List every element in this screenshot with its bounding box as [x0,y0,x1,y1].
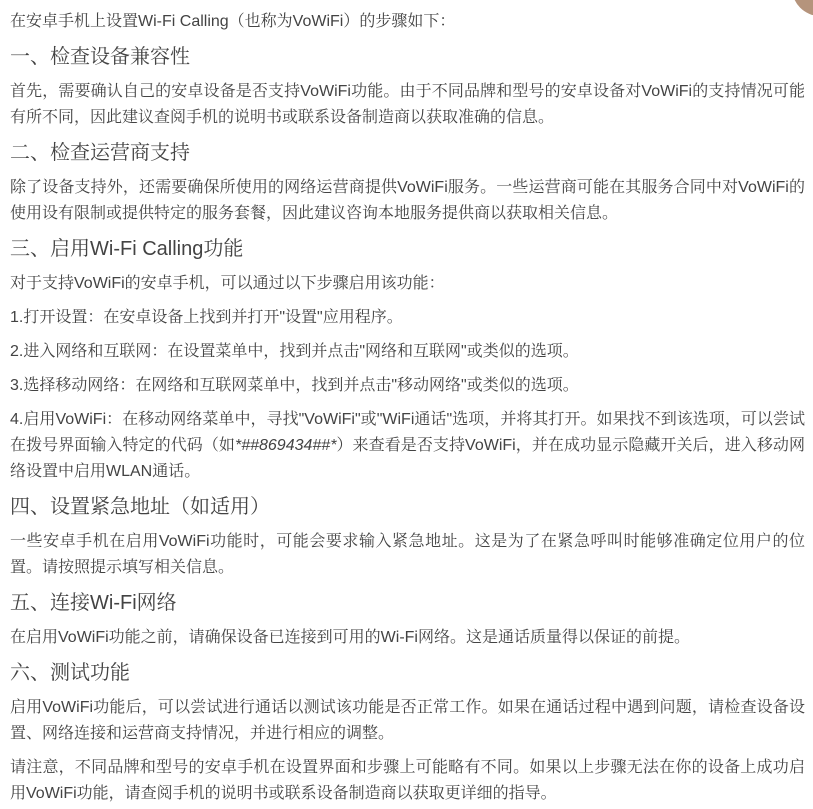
section-5-heading: 五、连接Wi-Fi网络 [10,589,805,617]
section-2-heading: 二、检查运营商支持 [10,139,805,167]
dial-code: *##869434##* [235,437,336,454]
step-1-open-settings: 1.打开设置：在安卓设备上找到并打开"设置"应用程序。 [10,305,805,331]
section-4-paragraph: 一些安卓手机在启用VoWiFi功能时，可能会要求输入紧急地址。这是为了在紧急呼叫… [10,529,805,581]
section-4-heading: 四、设置紧急地址（如适用） [10,493,805,521]
section-6-heading: 六、测试功能 [10,659,805,687]
section-5-paragraph: 在启用VoWiFi功能之前，请确保设备已连接到可用的Wi-Fi网络。这是通话质量… [10,625,805,651]
closing-note-paragraph: 请注意，不同品牌和型号的安卓手机在设置界面和步骤上可能略有不同。如果以上步骤无法… [10,755,805,807]
step-4-enable-vowifi: 4.启用VoWiFi：在移动网络菜单中，寻找"VoWiFi"或"WiFi通话"选… [10,407,805,485]
step-3-mobile-network: 3.选择移动网络：在网络和互联网菜单中，找到并点击"移动网络"或类似的选项。 [10,373,805,399]
intro-paragraph: 在安卓手机上设置Wi-Fi Calling（也称为VoWiFi）的步骤如下： [10,9,805,35]
section-6-paragraph: 启用VoWiFi功能后，可以尝试进行通话以测试该功能是否正常工作。如果在通话过程… [10,695,805,747]
section-3-intro-paragraph: 对于支持VoWiFi的安卓手机，可以通过以下步骤启用该功能： [10,271,805,297]
section-1-paragraph: 首先，需要确认自己的安卓设备是否支持VoWiFi功能。由于不同品牌和型号的安卓设… [10,79,805,131]
section-2-paragraph: 除了设备支持外，还需要确保所使用的网络运营商提供VoWiFi服务。一些运营商可能… [10,175,805,227]
section-1-heading: 一、检查设备兼容性 [10,43,805,71]
chat-answer-message: 在安卓手机上设置Wi-Fi Calling（也称为VoWiFi）的步骤如下： 一… [0,0,813,809]
step-2-network-internet: 2.进入网络和互联网：在设置菜单中，找到并点击"网络和互联网"或类似的选项。 [10,339,805,365]
section-3-heading: 三、启用Wi-Fi Calling功能 [10,235,805,263]
